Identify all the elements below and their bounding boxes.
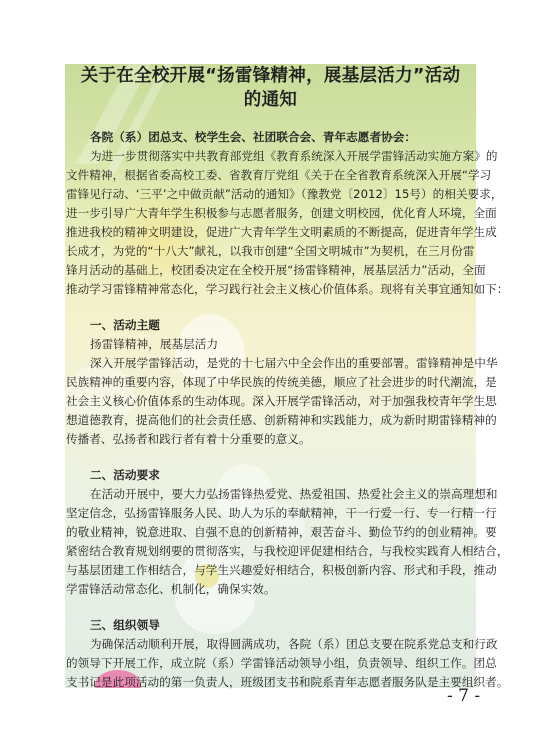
- paragraph-line: 想道德教育，提高他们的社会责任感、创新精神和实践能力，成为新时期雷锋精神的: [66, 411, 476, 430]
- document-title: 关于在全校开展“扬雷锋精神，展基层活力”活动 的通知: [65, 64, 476, 112]
- page-number: - 7 -: [447, 686, 480, 706]
- spacer: [66, 449, 476, 466]
- section-subtitle: 扬雷锋精神，展基层活力: [66, 335, 476, 354]
- paragraph-line: 文件精神，根据省委高校工委、省教育厅党组《关于在全省教育系统深入开展“学习: [66, 166, 476, 185]
- section-heading: 二、活动要求: [66, 466, 476, 485]
- salutation: 各院（系）团总支、校学生会、社团联合会、青年志愿者协会：: [66, 128, 476, 147]
- paragraph-line: 社会主义核心价值体系的生动体现。深入开展学雷锋活动，对于加强我校青年学生思: [66, 392, 476, 411]
- paragraph-line: 的领导下开展工作，成立院（系）学雷锋活动领导小组，负责领导、组织工作。团总: [66, 654, 476, 673]
- paragraph-line: 推动学习雷锋精神常态化，学习践行社会主义核心价值体系。现将有关事宜通知如下：: [66, 280, 476, 299]
- paragraph-line: 紧密结合教育规划纲要的贯彻落实，与我校迎评促建相结合，与我校实践育人相结合，: [66, 542, 476, 561]
- paragraph-line: 支书记是此项活动的第一负责人，班级团支书和院系青年志愿者服务队是主要组织者。: [66, 673, 476, 692]
- paragraph-line: 进一步引导广大青年学生积极参与志愿者服务，创建文明校园，优化育人环境，全面: [66, 204, 476, 223]
- paragraph-line: 深入开展学雷锋活动，是党的十七届六中全会作出的重要部署。雷锋精神是中华: [66, 354, 476, 373]
- section-heading: 三、组织领导: [66, 616, 476, 635]
- paragraph-line: 与基层团建工作相结合，与学生兴趣爱好相结合，积极创新内容、形式和手段，推动: [66, 561, 476, 580]
- paragraph-line: 推进我校的精神文明建设，促进广大青年学生文明素质的不断提高，促进青年学生成: [66, 223, 476, 242]
- paragraph-line: 雷锋见行动、‘三平’之中做贡献”活动的通知》（豫教党〔2012〕15号）的相关要…: [66, 185, 476, 204]
- spacer: [66, 599, 476, 616]
- paragraph-line: 学雷锋活动常态化、机制化，确保实效。: [66, 580, 476, 599]
- paragraph-line: 为进一步贯彻落实中共教育部党组《教育系统深入开展学雷锋活动实施方案》的: [66, 147, 476, 166]
- paragraph-line: 为确保活动顺利开展，取得圆满成功，各院（系）团总支要在院系党总支和行政: [66, 635, 476, 654]
- paragraph-line: 传播者、弘扬者和践行者有着十分重要的意义。: [66, 430, 476, 449]
- spacer: [66, 299, 476, 316]
- paragraph-line: 锋月活动的基础上，校团委决定在全校开展“扬雷锋精神，展基层活力”活动，全面: [66, 261, 476, 280]
- document-body: 各院（系）团总支、校学生会、社团联合会、青年志愿者协会： 为进一步贯彻落实中共教…: [66, 128, 476, 692]
- title-line: 的通知: [65, 88, 476, 112]
- paragraph-line: 长成才，为党的“十八大”献礼，以我市创建“全国文明城市”为契机，在三月份雷: [66, 242, 476, 261]
- section-heading: 一、活动主题: [66, 316, 476, 335]
- paragraph-line: 的敬业精神，锐意进取、自强不息的创新精神，艰苦奋斗、勤俭节约的创业精神。要: [66, 523, 476, 542]
- title-line: 关于在全校开展“扬雷锋精神，展基层活力”活动: [65, 64, 476, 88]
- paragraph-line: 坚定信念，弘扬雷锋服务人民、助人为乐的奉献精神，干一行爱一行、专一行精一行: [66, 504, 476, 523]
- paragraph-line: 在活动开展中，要大力弘扬雷锋热爱党、热爱祖国、热爱社会主义的崇高理想和: [66, 485, 476, 504]
- paragraph-line: 民族精神的重要内容，体现了中华民族的传统美德，顺应了社会进步的时代潮流，是: [66, 373, 476, 392]
